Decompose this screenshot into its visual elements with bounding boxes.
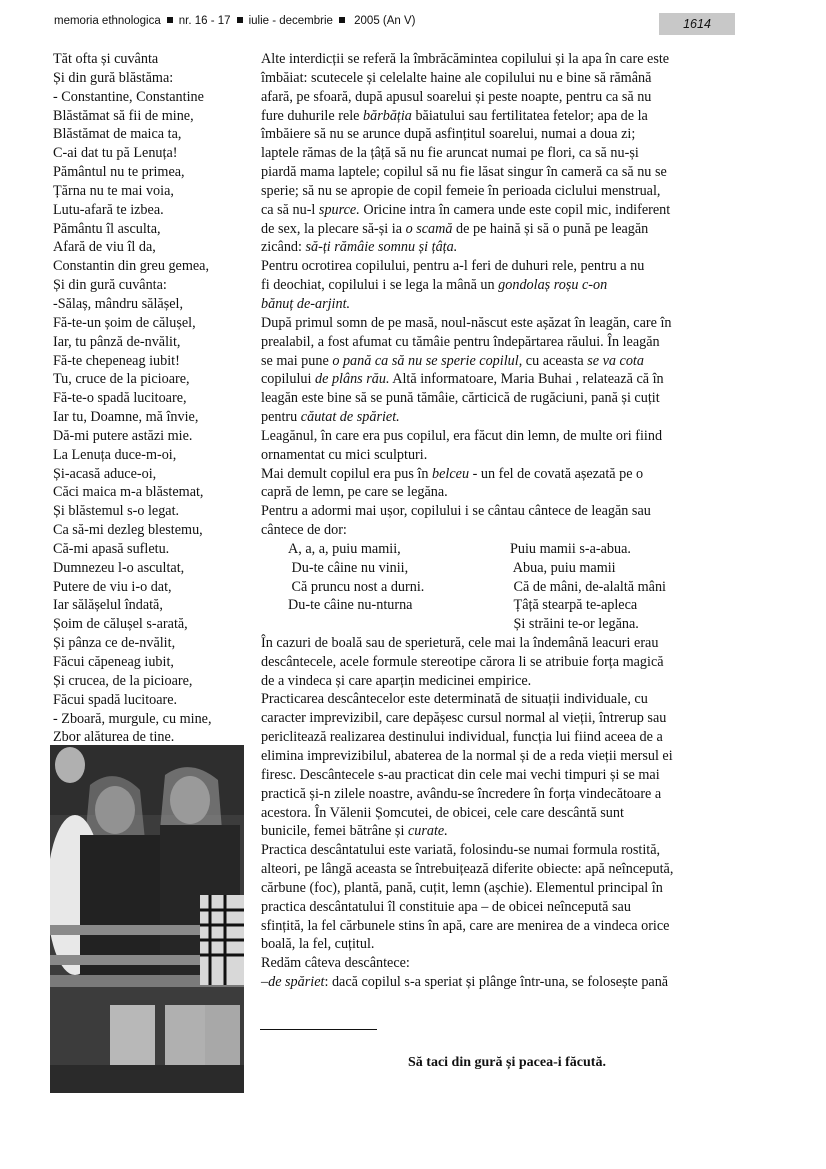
article-body: Alte interdicții se referă la îmbrăcămin… <box>261 50 736 992</box>
text-run: zicând: <box>261 239 306 255</box>
text-line: caracter imprevizibil, care depășesc cur… <box>261 710 666 726</box>
text-line: practică și-n zilele noastre, avându-se … <box>261 786 661 802</box>
poem-line: Fă-te chepeneag iubit! <box>53 352 253 371</box>
journal-period: iulie - decembrie <box>249 15 333 27</box>
poem-line: Și pânza ce de-nvălit, <box>53 634 253 653</box>
footnote-rule <box>260 1029 377 1030</box>
poem-line: Că-mi apasă sufletu. <box>53 540 253 559</box>
text-line: îmbăiat: scutecele și celelalte haine al… <box>261 70 651 86</box>
text-line: periclitează realizarea destinului indiv… <box>261 729 663 745</box>
poem-line: - Constantine, Constantine <box>53 88 253 107</box>
text-run: - un fel de covată așezată pe o <box>469 466 643 482</box>
journal-meta: memoria ethnologicanr. 16 - 17iulie - de… <box>54 15 416 27</box>
verse-line: Că de mâni, de-alaltă mâni <box>510 578 666 597</box>
text-line: Practicarea descântecelor este determina… <box>261 691 648 707</box>
text-line: –de spăriet: dacă copilul s-a speriat și… <box>261 974 668 990</box>
paragraph: Mai demult copilul era pus în belceu - u… <box>261 465 736 503</box>
poem-column: Tăt ofta și cuvântaȘi din gură blăstăma:… <box>53 50 253 747</box>
text-line: fure duhurile rele bărbăția băiatului sa… <box>261 108 648 124</box>
poem-line: Pământul nu te primea, <box>53 163 253 182</box>
text-line: Pentru a adormi mai ușor, copilului i se… <box>261 503 651 519</box>
text-line: boală, la fel, cuțitul. <box>261 936 374 952</box>
poem-line: Constantin din greu gemea, <box>53 257 253 276</box>
text-run: ca să nu-l <box>261 202 319 218</box>
paragraph: Pentru ocrotirea copilului, pentru a-l f… <box>261 257 736 314</box>
paragraph: Pentru a adormi mai ușor, copilului i se… <box>261 502 736 540</box>
poem-line: Ca să-mi dezleg blestemu, <box>53 521 253 540</box>
italic-term: o scamă <box>406 221 453 237</box>
paragraph: Practica descântatului este variată, fol… <box>261 841 736 954</box>
poem-line: Blăstămat să fii de mine, <box>53 107 253 126</box>
poem-line: Iar, tu pânză de-nvălit, <box>53 333 253 352</box>
text-line: firesc. Descântecele s-au practicat din … <box>261 767 660 783</box>
poem-line: Făcui spadă lucitoare. <box>53 691 253 710</box>
poem-line: Dă-mi putere astăzi mie. <box>53 427 253 446</box>
italic-term: să-ți rămâie somnu și țâța. <box>306 239 458 255</box>
poem-line: Blăstămat de maica ta, <box>53 125 253 144</box>
journal-issue: nr. 16 - 17 <box>179 15 231 27</box>
text-line: de sex, la plecare să-și ia o scamă de p… <box>261 221 648 237</box>
poem-line: -Sălaș, mândru sălășel, <box>53 295 253 314</box>
journal-year: 2005 (An V) <box>354 15 415 27</box>
poem-line: Căci maica m-a blăstemat, <box>53 483 253 502</box>
text-run: de pe haină și să o pună pe leagăn <box>452 221 648 237</box>
text-line: îmbăiere să nu se arunce după asfințitul… <box>261 126 635 142</box>
text-line: laptele rămas de la țâță să nu fie arunc… <box>261 145 639 161</box>
page-number: 1614 <box>659 13 735 35</box>
poem-line: Și-acasă aduce-oi, <box>53 465 253 484</box>
poem-line: Afară de viu îl da, <box>53 238 253 257</box>
italic-term: de plâns rău. <box>315 371 389 387</box>
verse-line: Puiu mamii s-a-abua. <box>510 540 666 559</box>
text-run: Oricine intra în camera unde este copil … <box>360 202 670 218</box>
poem-line: Și din gură blăstăma: <box>53 69 253 88</box>
italic-term: bănuț de-arjint. <box>261 296 350 312</box>
poem-line: Fă-te-o spadă lucitoare, <box>53 389 253 408</box>
text-line: se mai pune o pană ca să nu se sperie co… <box>261 353 644 369</box>
lullaby-column-1: A, a, a, puiu mamii, Du-te câine nu vini… <box>288 540 424 615</box>
paragraph: Redăm câteva descântece: <box>261 954 736 973</box>
text-line: capră de lemn, pe care se legăna. <box>261 484 448 500</box>
text-line: de a vindeca și care aparțin medicinei e… <box>261 673 531 689</box>
poem-line: Făcui căpeneag iubit, <box>53 653 253 672</box>
italic-term: belceu <box>432 466 469 482</box>
poem-line: Și blăstemul s-o legat. <box>53 502 253 521</box>
italic-term: –de spăriet <box>261 974 324 990</box>
text-line: ornamentat cu mici sculpturi. <box>261 447 427 463</box>
text-line: Practica descântatului este variată, fol… <box>261 842 660 858</box>
poem-line: Tu, cruce de la picioare, <box>53 370 253 389</box>
text-line: piardă mama laptele; copilul să nu fie l… <box>261 164 667 180</box>
paragraph: –de spăriet: dacă copilul s-a speriat și… <box>261 973 736 992</box>
lullaby-column-2: Puiu mamii s-a-abua. Abua, puiu mamii Că… <box>510 540 666 634</box>
poem-line: Iar sălășelul îndată, <box>53 596 253 615</box>
footer-quote: Să taci din gură și pacea-i făcută. <box>408 1055 606 1071</box>
photo-image <box>50 745 244 1093</box>
poem-line: Lutu-afară te izbea. <box>53 201 253 220</box>
text-line: bănuț de-arjint. <box>261 296 350 312</box>
text-run: copilului <box>261 371 315 387</box>
running-header: memoria ethnologicanr. 16 - 17iulie - de… <box>54 13 734 35</box>
text-line: afară, pe sfoară, după apusul soarelui ș… <box>261 89 651 105</box>
text-line: sfințită, la fel cărbunele stins în apă,… <box>261 918 669 934</box>
text-line: alteori, pe lângă aceasta se întrebuițea… <box>261 861 673 877</box>
italic-term: curate. <box>408 823 448 839</box>
verse-line: Și străini te-or legăna. <box>510 615 666 634</box>
text-line: cântece de dor: <box>261 522 347 538</box>
text-line: cărbune (foc), plantă, pană, cuțit, lemn… <box>261 880 663 896</box>
folk-costume-photo <box>50 745 244 1093</box>
verse-line: Abua, puiu mamii <box>510 559 666 578</box>
poem-line: La Lenuța duce-m-oi, <box>53 446 253 465</box>
text-run: fure duhurile rele <box>261 108 363 124</box>
text-line: acestora. În Vălenii Șomcutei, de obicei… <box>261 805 624 821</box>
verse-line: Du-te câine nu-nturna <box>288 596 424 615</box>
text-line: După primul somn de pe masă, noul-născut… <box>261 315 672 331</box>
text-line: leagăn este bine să se pună tămâie, cărt… <box>261 390 660 406</box>
verse-line: Du-te câine nu vinii, <box>288 559 424 578</box>
poem-line: Și crucea, de la picioare, <box>53 672 253 691</box>
paragraph: Practicarea descântecelor este determina… <box>261 690 736 841</box>
text-run: pentru <box>261 409 301 425</box>
italic-term: se va cota <box>587 353 644 369</box>
poem-line: Fă-te-un șoim de călușel, <box>53 314 253 333</box>
text-line: prealabil, a fost afumat cu tămâie pentr… <box>261 334 660 350</box>
text-run: de sex, la plecare să-și ia <box>261 221 406 237</box>
italic-term: căutat de spăriet. <box>301 409 400 425</box>
paragraph: În cazuri de boală sau de sperietură, ce… <box>261 634 736 691</box>
italic-term: bărbăția <box>363 108 412 124</box>
text-run: băiatului sau fertilitatea fetelor; apa … <box>412 108 648 124</box>
text-run: : dacă copilul s-a speriat și plânge înt… <box>324 974 668 990</box>
italic-term: spurce. <box>319 202 360 218</box>
poem-line: Țărna nu te mai voia, <box>53 182 253 201</box>
text-line: Redăm câteva descântece: <box>261 955 410 971</box>
text-run: Mai demult copilul era pus în <box>261 466 432 482</box>
poem-line: Și din gură cuvânta: <box>53 276 253 295</box>
text-line: Mai demult copilul era pus în belceu - u… <box>261 466 643 482</box>
text-run: se mai pune <box>261 353 332 369</box>
text-line: Alte interdicții se referă la îmbrăcămin… <box>261 51 669 67</box>
text-line: ca să nu-l spurce. Oricine intra în came… <box>261 202 670 218</box>
text-line: practica descântatului îl constituie apa… <box>261 899 631 915</box>
poem-line: Tăt ofta și cuvânta <box>53 50 253 69</box>
verse-line: A, a, a, puiu mamii, <box>288 540 424 559</box>
text-run: fi deochiat, copilului i se lega la mână… <box>261 277 498 293</box>
text-line: fi deochiat, copilului i se lega la mână… <box>261 277 607 293</box>
text-line: copilului de plâns rău. Altă informatoar… <box>261 371 664 387</box>
verse-line: Țâță stearpă te-apleca <box>510 596 666 615</box>
poem-line: Șoim de călușel s-arată, <box>53 615 253 634</box>
paragraph: După primul somn de pe masă, noul-născut… <box>261 314 736 427</box>
square-bullet-icon <box>339 17 345 23</box>
text-line: sperie; să nu se apropie de copil femeie… <box>261 183 660 199</box>
journal-title: memoria ethnologica <box>54 15 161 27</box>
poem-line: Pământu îl asculta, <box>53 220 253 239</box>
text-line: zicând: să-ți rămâie somnu și țâța. <box>261 239 457 255</box>
text-line: Leagănul, în care era pus copilul, era f… <box>261 428 662 444</box>
text-run: Altă informatoare, Maria Buhai , relatea… <box>389 371 663 387</box>
poem-line: Iar tu, Doamne, mă învie, <box>53 408 253 427</box>
verse-line: Că pruncu nost a durni. <box>288 578 424 597</box>
poem-line: Putere de viu i-o dat, <box>53 578 253 597</box>
text-run: , cu aceasta <box>519 353 588 369</box>
poem-line: - Zboară, murgule, cu mine, <box>53 710 253 729</box>
lullaby-verses: A, a, a, puiu mamii, Du-te câine nu vini… <box>261 540 736 634</box>
text-line: bunicile, femei bătrâne și curate. <box>261 823 448 839</box>
text-line: Pentru ocrotirea copilului, pentru a-l f… <box>261 258 644 274</box>
poem-line: Dumnezeu l-o ascultat, <box>53 559 253 578</box>
text-line: descântecele, acele formule stereotipe c… <box>261 654 664 670</box>
text-line: elimina imprevizibilul, abaterea de la n… <box>261 748 673 764</box>
poem-line: C-ai dat tu pă Lenuța! <box>53 144 253 163</box>
italic-term: gondolaș roșu c-on <box>498 277 607 293</box>
square-bullet-icon <box>167 17 173 23</box>
text-line: pentru căutat de spăriet. <box>261 409 400 425</box>
italic-term: o pană ca să nu se sperie copilul <box>332 353 518 369</box>
paragraph: Leagănul, în care era pus copilul, era f… <box>261 427 736 465</box>
square-bullet-icon <box>237 17 243 23</box>
text-line: În cazuri de boală sau de sperietură, ce… <box>261 635 658 651</box>
paragraph: Alte interdicții se referă la îmbrăcămin… <box>261 50 736 257</box>
text-run: bunicile, femei bătrâne și <box>261 823 408 839</box>
